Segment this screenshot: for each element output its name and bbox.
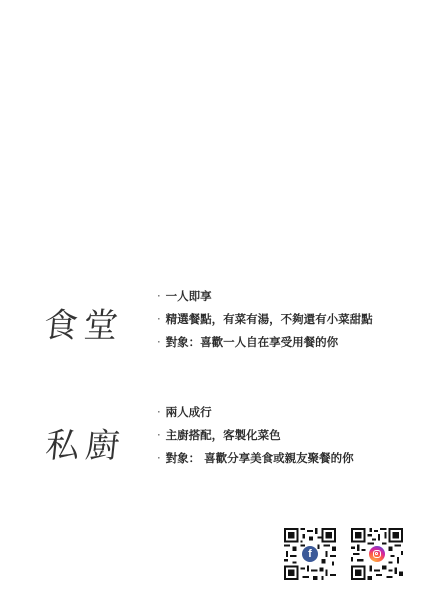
list-item: ·一人即享 (157, 285, 373, 308)
instagram-qr-code[interactable] (351, 528, 403, 580)
bullet: · (157, 312, 161, 326)
list-item-text: 對象：喜歡一人自在享受用餐的你 (166, 335, 339, 349)
section-title-canteen: 食堂 (41, 298, 126, 347)
instagram-glyph (373, 550, 381, 558)
facebook-icon: f (302, 546, 318, 562)
section-title-private-kitchen: 私廚 (43, 418, 128, 467)
bullet: · (157, 405, 161, 419)
private-kitchen-feature-list: ·兩人成行 ·主廚搭配，客製化菜色 ·對象： 喜歡分享美食或親友聚餐的你 (157, 401, 354, 470)
bullet: · (157, 451, 161, 465)
canteen-feature-list: ·一人即享 ·精選餐點，有菜有湯，不夠還有小菜甜點 ·對象：喜歡一人自在享受用餐… (157, 285, 373, 354)
list-item: ·對象： 喜歡分享美食或親友聚餐的你 (157, 447, 354, 470)
bullet: · (157, 335, 161, 349)
list-item-text: 精選餐點，有菜有湯，不夠還有小菜甜點 (166, 312, 373, 326)
list-item: ·對象：喜歡一人自在享受用餐的你 (157, 331, 373, 354)
list-item: ·主廚搭配，客製化菜色 (157, 424, 354, 447)
list-item: ·精選餐點，有菜有湯，不夠還有小菜甜點 (157, 308, 373, 331)
bullet: · (157, 428, 161, 442)
list-item-text: 兩人成行 (166, 405, 212, 419)
list-item-text: 對象： 喜歡分享美食或親友聚餐的你 (166, 451, 354, 465)
list-item: ·兩人成行 (157, 401, 354, 424)
bullet: · (157, 289, 161, 303)
list-item-text: 主廚搭配，客製化菜色 (166, 428, 281, 442)
facebook-qr-code[interactable]: f (284, 528, 336, 580)
facebook-logo-text: f (308, 548, 312, 560)
list-item-text: 一人即享 (166, 289, 212, 303)
instagram-icon (369, 546, 385, 562)
